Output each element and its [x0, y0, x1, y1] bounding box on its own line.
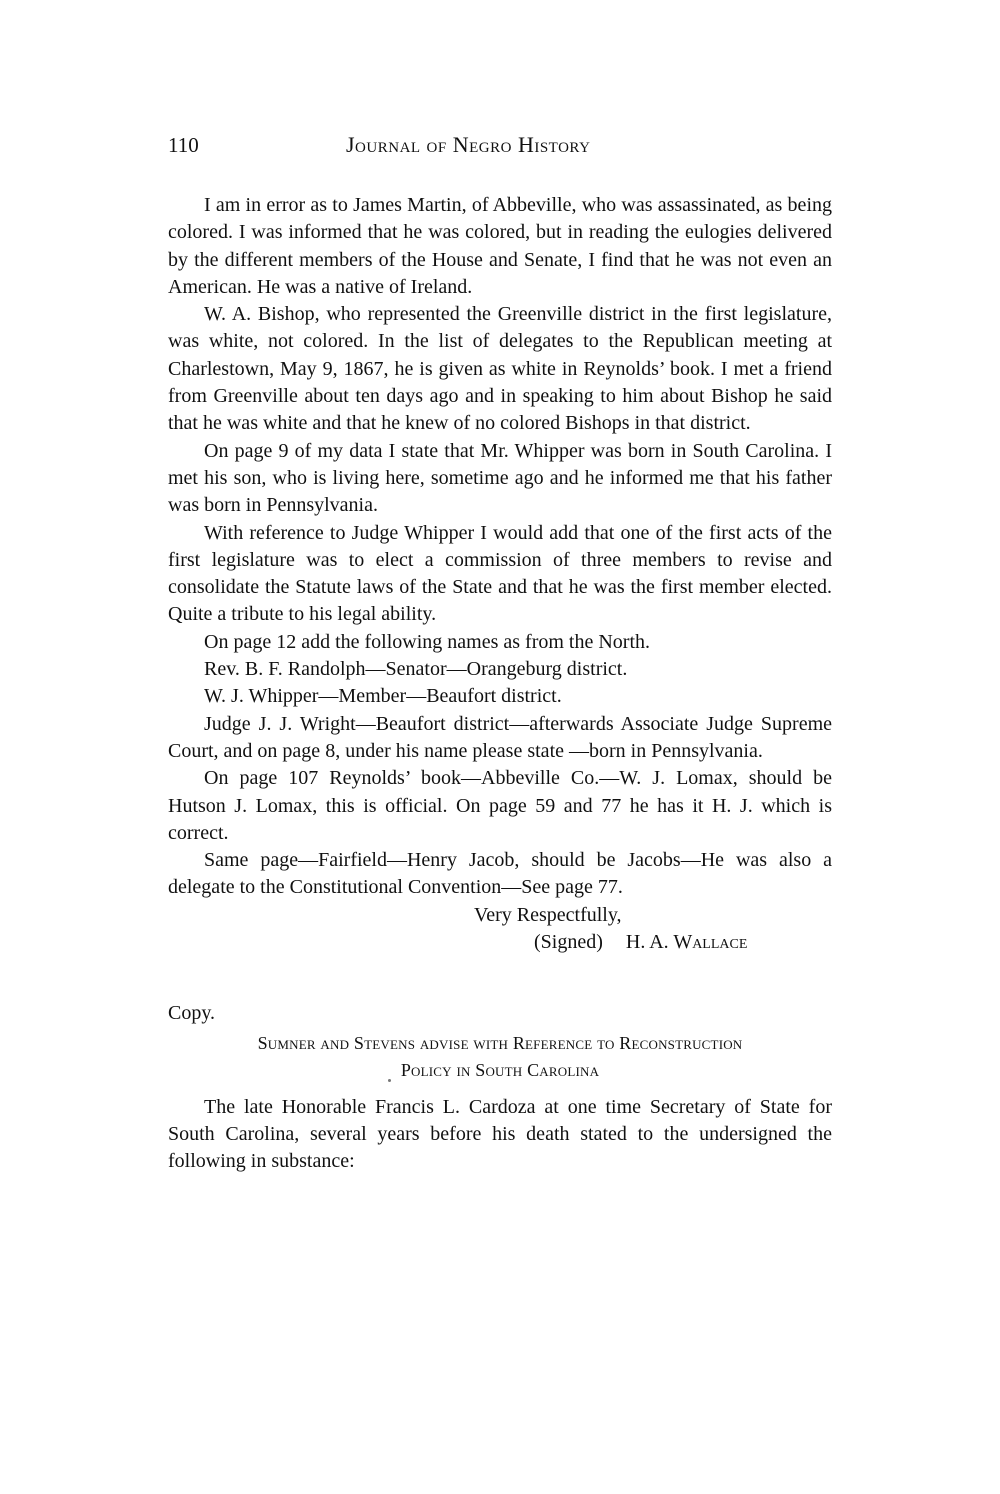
section-heading: Sumner and Stevens advise with Reference… — [168, 1030, 832, 1084]
paragraph-james-martin: I am in error as to James Martin, of Abb… — [168, 192, 832, 301]
page-number: 110 — [168, 130, 199, 160]
section-heading-line-2: Policy in South Carolina — [168, 1057, 832, 1084]
signed-label: (Signed) — [534, 931, 603, 953]
paragraph-judge-whipper: With reference to Judge Whipper I would … — [168, 520, 832, 629]
body-text: I am in error as to James Martin, of Abb… — [168, 192, 832, 1176]
paragraph-bishop: W. A. Bishop, who represented the Greenv… — [168, 301, 832, 437]
signer-name: H. A. Wallace — [626, 931, 748, 953]
paragraph-lomax: On page 107 Reynolds’ book—Abbeville Co.… — [168, 765, 832, 847]
paragraph-whipper-member: W. J. Whipper—Member—Beaufort district. — [168, 683, 832, 710]
signature-line: (Signed) H. A. Wallace — [168, 929, 832, 956]
running-head: 110 Journal of Negro History — [168, 130, 832, 160]
section-heading-line-1: Sumner and Stevens advise with Reference… — [168, 1030, 832, 1057]
paragraph-whipper-birth: On page 9 of my data I state that Mr. Wh… — [168, 438, 832, 520]
document-page: 110 Journal of Negro History I am in err… — [168, 130, 832, 1176]
closing-salutation: Very Respectfully, — [168, 902, 832, 929]
paragraph-randolph: Rev. B. F. Randolph—Senator—Orangeburg d… — [168, 656, 832, 683]
paragraph-jacobs: Same page—Fairfield—Henry Jacob, should … — [168, 847, 832, 902]
scan-artifact-mark — [388, 1079, 391, 1082]
paragraph-cardoza: The late Honorable Francis L. Cardoza at… — [168, 1094, 832, 1176]
paragraph-page-12: On page 12 add the following names as fr… — [168, 629, 832, 656]
journal-title: Journal of Negro History — [346, 130, 590, 160]
copy-label: Copy. — [168, 1000, 832, 1027]
paragraph-wright: Judge J. J. Wright—Beaufort district—aft… — [168, 711, 832, 766]
